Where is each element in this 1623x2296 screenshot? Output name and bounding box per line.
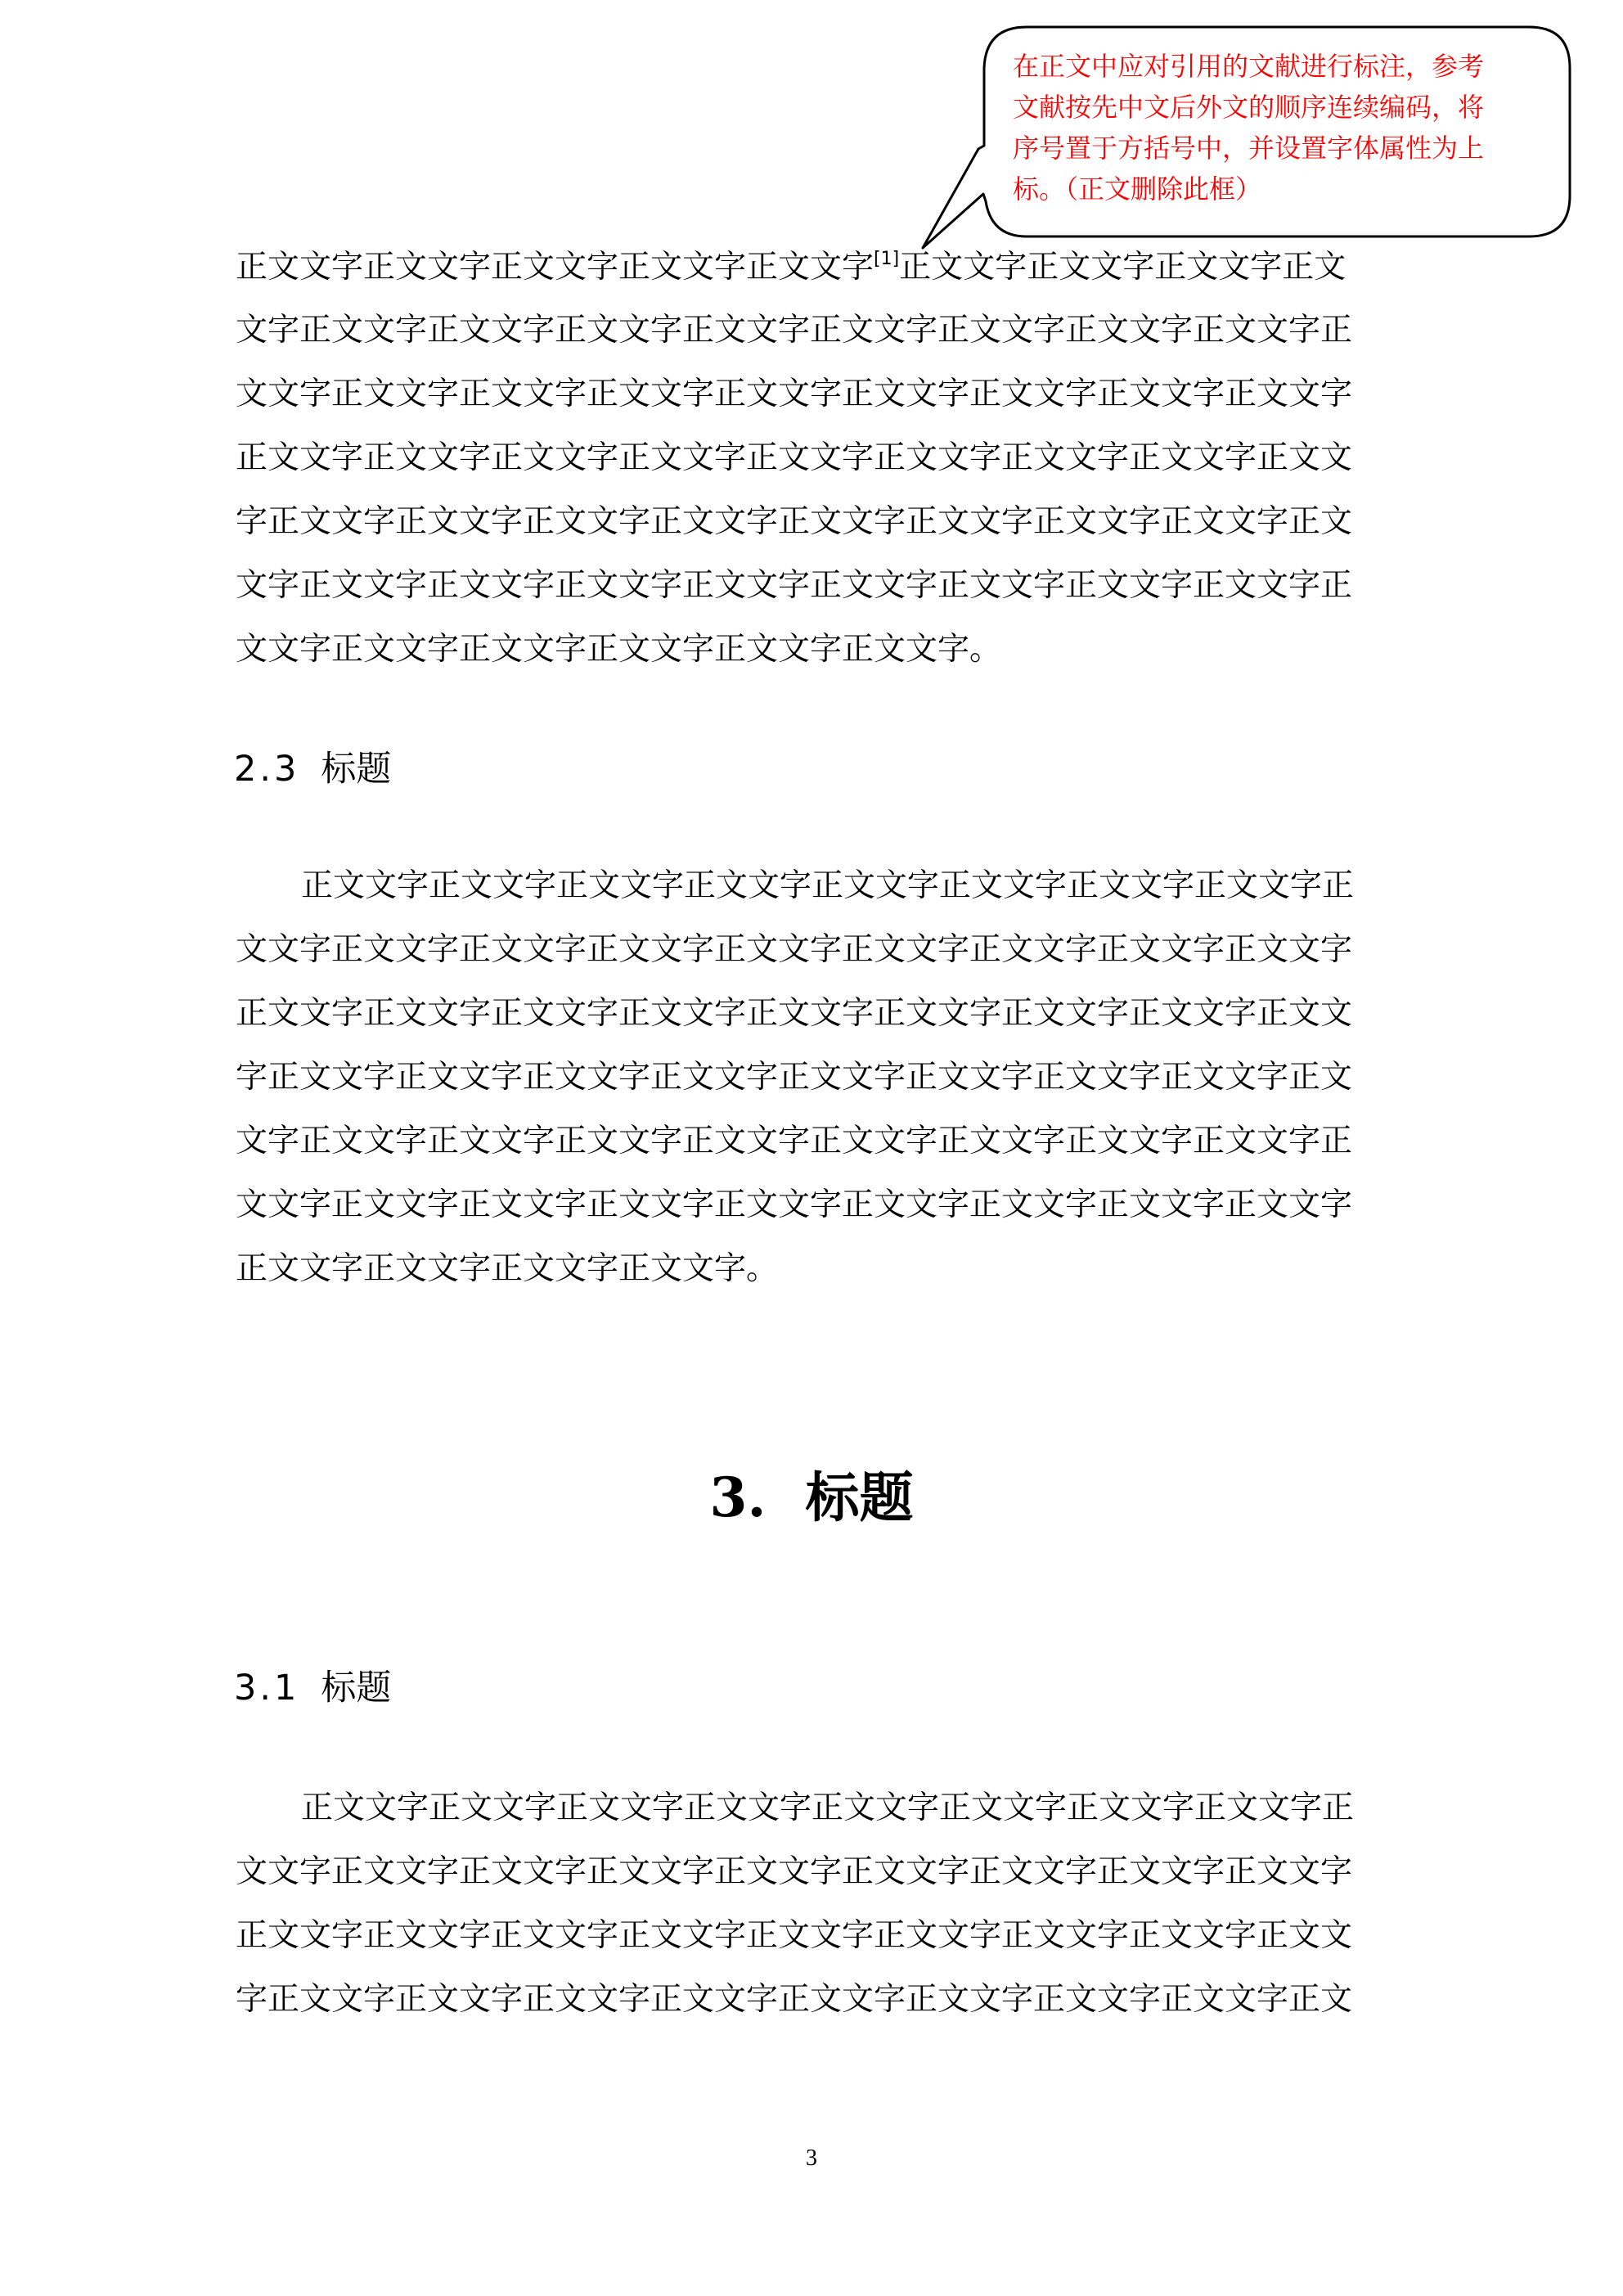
body-text-line: 正文文字正文文字正文文字正文文字正文文字正文文字正文文字正文文字正文文	[236, 434, 1389, 483]
body-text-line: 正文文字正文文字正文文字正文文字正文文字正文文字正文文字正文文字正文文	[236, 989, 1389, 1038]
document-page: 在正文中应对引用的文献进行标注，参考 文献按先中文后外文的顺序连续编码，将 序号…	[0, 0, 1623, 2296]
body-text-line: 字正文文字正文文字正文文字正文文字正文文字正文文字正文文字正文文字正文	[236, 1975, 1389, 2024]
chapter-heading-3: 3.标题	[0, 1461, 1623, 1534]
page-number: 3	[0, 2144, 1623, 2173]
body-text-line: 文文字正文文字正文文字正文文字正文文字正文文字正文文字正文文字正文文字	[236, 1848, 1389, 1897]
heading-number: 2.3	[234, 749, 299, 790]
body-text-line: 文文字正文文字正文文字正文文字正文文字正文文字。	[236, 625, 1389, 674]
body-text: 正文文字正文文字正文文字正文文字正文文字	[236, 249, 874, 286]
heading-title: 标题	[805, 1465, 913, 1529]
body-text-line-with-citation: 正文文字正文文字正文文字正文文字正文文字[1]正文文字正文文字正文文字正文	[236, 243, 1389, 292]
callout-line: 序号置于方括号中，并设置字体属性为上	[1013, 128, 1553, 169]
body-text-line: 字正文文字正文文字正文文字正文文字正文文字正文文字正文文字正文文字正文	[236, 1053, 1389, 1102]
heading-title: 标题	[321, 749, 391, 790]
callout-line: 标。（正文删除此框）	[1013, 169, 1553, 209]
body-text-line: 正文文字正文文字正文文字正文文字正文文字正文文字正文文字正文文字正	[236, 862, 1454, 911]
body-text-line: 字正文文字正文文字正文文字正文文字正文文字正文文字正文文字正文文字正文	[236, 497, 1389, 547]
citation-superscript: [1]	[874, 249, 899, 269]
body-text-line: 正文文字正文文字正文文字正文文字正文文字正文文字正文文字正文文字正	[236, 1784, 1454, 1833]
body-text-line: 文文字正文文字正文文字正文文字正文文字正文文字正文文字正文文字正文文字	[236, 925, 1389, 975]
heading-title: 标题	[321, 1668, 391, 1708]
body-text-line: 文字正文文字正文文字正文文字正文文字正文文字正文文字正文文字正文文字正	[236, 561, 1389, 610]
citation-instruction-callout: 在正文中应对引用的文献进行标注，参考 文献按先中文后外文的顺序连续编码，将 序号…	[1013, 46, 1553, 209]
body-text-line: 正文文字正文文字正文文字正文文字。	[236, 1245, 1389, 1294]
body-text-line: 文字正文文字正文文字正文文字正文文字正文文字正文文字正文文字正文文字正	[236, 306, 1389, 355]
body-text-line: 文文字正文文字正文文字正文文字正文文字正文文字正文文字正文文字正文文字	[236, 370, 1389, 419]
body-text-line: 文文字正文文字正文文字正文文字正文文字正文文字正文文字正文文字正文文字	[236, 1181, 1389, 1230]
body-text: 正文文字正文文字正文文字正文	[899, 249, 1346, 286]
heading-number: 3.	[710, 1465, 767, 1529]
callout-line: 在正文中应对引用的文献进行标注，参考	[1013, 46, 1553, 87]
body-text-line: 正文文字正文文字正文文字正文文字正文文字正文文字正文文字正文文字正文文	[236, 1911, 1389, 1961]
section-heading-2-3: 2.3标题	[234, 745, 391, 794]
callout-line: 文献按先中文后外文的顺序连续编码，将	[1013, 87, 1553, 128]
body-text-line: 文字正文文字正文文字正文文字正文文字正文文字正文文字正文文字正文文字正	[236, 1117, 1389, 1166]
section-heading-3-1: 3.1标题	[234, 1663, 391, 1713]
heading-number: 3.1	[234, 1668, 299, 1708]
